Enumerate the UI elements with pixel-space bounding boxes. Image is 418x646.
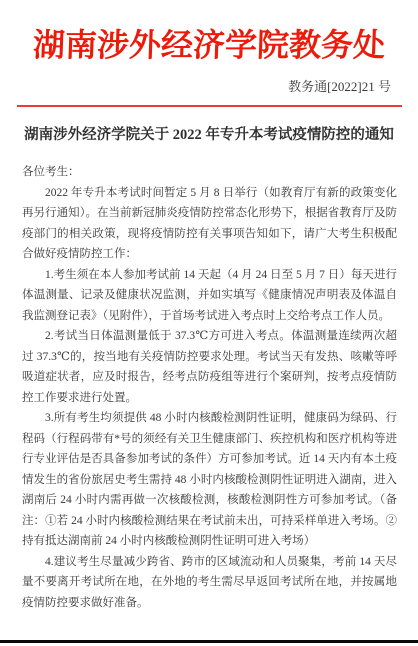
letterhead-title: 湖南涉外经济学院教务处 — [0, 24, 418, 66]
notice-body: 各位考生： 2022 年专升本考试时间暂定 5 月 8 日举行（如教育厅有新的政… — [22, 162, 397, 613]
salutation: 各位考生： — [22, 162, 397, 183]
bottom-border-rule — [0, 640, 418, 643]
paragraph-item-3: 3.所有考生均须提供 48 小时内核酸检测阴性证明，健康码为绿码、行程码（行程码… — [22, 408, 397, 552]
paragraph-item-4: 4.建议考生尽量减少跨省、跨市的区域流动和人员聚集，考前 14 天尽量不要离开考… — [22, 552, 397, 614]
document-number: 教务通[2022]21 号 — [0, 79, 418, 95]
paragraph-intro: 2022 年专升本考试时间暂定 5 月 8 日举行（如教育厅有新的政策变化再另行… — [22, 183, 397, 265]
notice-document-page: 湖南涉外经济学院教务处 教务通[2022]21 号 湖南涉外经济学院关于 202… — [0, 0, 418, 646]
paragraph-item-2: 2.考试当日体温测量低于 37.3℃方可进入考点。体温测量连续两次超过 37.3… — [22, 326, 397, 408]
red-divider-rule — [17, 105, 402, 107]
notice-title: 湖南涉外经济学院关于 2022 年专升本考试疫情防控的通知 — [18, 125, 400, 145]
paragraph-item-1: 1.考生须在本人参加考试前 14 天起（4 月 24 日至 5 月 7 日）每天… — [22, 265, 397, 327]
